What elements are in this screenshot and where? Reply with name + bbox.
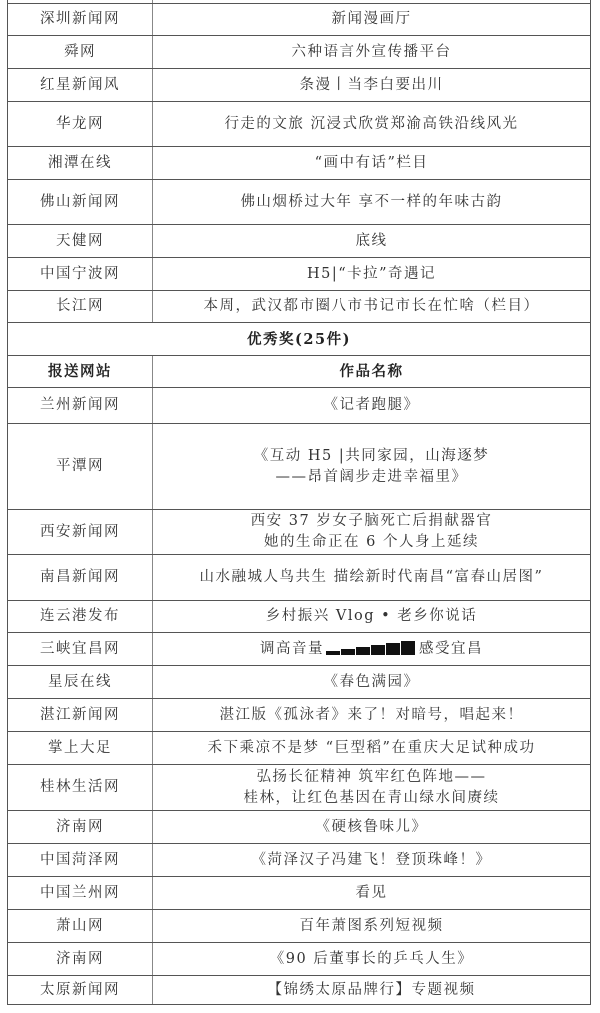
work-title-line: H5|“卡拉”奇遇记 xyxy=(307,264,436,285)
table-row: 南昌新闻网山水融城人鸟共生 描绘新时代南昌“富春山居图” xyxy=(8,554,590,600)
table-row: 湘潭在线“画中有话”栏目 xyxy=(8,146,590,179)
work-title: 【锦绣太原品牌行】专题视频 xyxy=(153,976,590,1004)
table-row: 太原新闻网【锦绣太原品牌行】专题视频 xyxy=(8,975,590,1004)
site-name: 佛山新闻网 xyxy=(8,180,153,224)
site-name: 长江网 xyxy=(8,291,153,322)
work-title: 百年萧图系列短视频 xyxy=(153,910,590,942)
work-title: 《春色满园》 xyxy=(153,666,590,698)
work-title: 调高音量感受宜昌 xyxy=(153,633,590,665)
award-section-row: 优秀奖(25件) xyxy=(8,322,590,355)
work-title-line: 调高音量感受宜昌 xyxy=(260,639,483,660)
table-header-row: 报送网站作品名称 xyxy=(8,355,590,387)
site-name: 中国宁波网 xyxy=(8,258,153,290)
table-row: 华龙网行走的文旅 沉浸式欣赏郑渝高铁沿线风光 xyxy=(8,101,590,146)
site-name: 华龙网 xyxy=(8,102,153,146)
work-title-line: 湛江版《孤泳者》来了！对暗号，唱起来！ xyxy=(220,705,524,726)
column-header-site: 报送网站 xyxy=(8,356,153,387)
site-name: 湛江新闻网 xyxy=(8,699,153,731)
site-name: 平潭网 xyxy=(8,424,153,509)
table-row: 湛江新闻网湛江版《孤泳者》来了！对暗号，唱起来！ xyxy=(8,698,590,731)
work-title-line: 弘扬长征精神 筑牢红色阵地—— xyxy=(256,767,486,788)
table-row: 长江网本周，武汉都市圈八市书记市长在忙啥（栏目） xyxy=(8,290,590,322)
work-title-line: 六种语言外宣传播平台 xyxy=(292,42,452,63)
work-title: 佛山烟桥过大年 享不一样的年味古韵 xyxy=(153,180,590,224)
table-row: 天健网底线 xyxy=(8,224,590,257)
work-title: 《菏泽汉子冯建飞！登顶珠峰！》 xyxy=(153,844,590,876)
work-title-line: 新闻漫画厅 xyxy=(332,9,412,30)
site-name: 三峡宜昌网 xyxy=(8,633,153,665)
site-name: 星辰在线 xyxy=(8,666,153,698)
work-title: 《互动 H5 |共同家园，山海逐梦——昂首阔步走进幸福里》 xyxy=(153,424,590,509)
work-title-line: 《菏泽汉子冯建飞！登顶珠峰！》 xyxy=(252,850,492,871)
site-name: 兰州新闻网 xyxy=(8,388,153,423)
work-title: 新闻漫画厅 xyxy=(153,4,590,35)
site-name: 中国兰州网 xyxy=(8,877,153,909)
work-title-line: 乡村振兴 Vlog • 老乡你说话 xyxy=(266,606,478,627)
table-row: 西安新闻网西安 37 岁女子脑死亡后捐献器官她的生命正在 6 个人身上延续 xyxy=(8,509,590,554)
table-row: 舜网六种语言外宣传播平台 xyxy=(8,35,590,68)
table-row: 中国宁波网H5|“卡拉”奇遇记 xyxy=(8,257,590,290)
volume-bars-icon xyxy=(326,641,415,655)
award-section-title: 优秀奖(25件) xyxy=(8,323,590,355)
title-suffix: 感受宜昌 xyxy=(419,641,483,657)
site-name: 中国菏泽网 xyxy=(8,844,153,876)
site-name: 太原新闻网 xyxy=(8,976,153,1004)
work-title-line: 百年萧图系列短视频 xyxy=(300,916,444,937)
work-title: 本周，武汉都市圈八市书记市长在忙啥（栏目） xyxy=(153,291,590,322)
work-title-line: 《记者跑腿》 xyxy=(324,395,420,416)
table-row: 济南网《硬核鲁味儿》 xyxy=(8,810,590,843)
table-row: 济南网《90 后董事长的乒乓人生》 xyxy=(8,942,590,975)
work-title-line: 《互动 H5 |共同家园，山海逐梦 xyxy=(254,446,489,467)
work-title-line: ——昂首阔步走进幸福里》 xyxy=(276,467,468,488)
work-title-line: 看见 xyxy=(356,883,388,904)
site-name: 西安新闻网 xyxy=(8,510,153,554)
table-row: 平潭网《互动 H5 |共同家园，山海逐梦——昂首阔步走进幸福里》 xyxy=(8,423,590,509)
column-header-title: 作品名称 xyxy=(153,356,590,387)
site-name: 济南网 xyxy=(8,811,153,843)
work-title-line: 《硬核鲁味儿》 xyxy=(316,817,428,838)
site-name: 深圳新闻网 xyxy=(8,4,153,35)
work-title-line: 山水融城人鸟共生 描绘新时代南昌“富春山居图” xyxy=(200,567,544,588)
work-title: 乡村振兴 Vlog • 老乡你说话 xyxy=(153,601,590,632)
work-title: 行走的文旅 沉浸式欣赏郑渝高铁沿线风光 xyxy=(153,102,590,146)
site-name: 萧山网 xyxy=(8,910,153,942)
work-title: 《硬核鲁味儿》 xyxy=(153,811,590,843)
table-row: 中国兰州网看见 xyxy=(8,876,590,909)
awards-table: 深圳新闻网新闻漫画厅舜网六种语言外宣传播平台红星新闻风条漫丨当李白要出川华龙网行… xyxy=(7,0,591,1005)
site-name: 天健网 xyxy=(8,225,153,257)
site-name: 南昌新闻网 xyxy=(8,555,153,600)
table-row: 萧山网百年萧图系列短视频 xyxy=(8,909,590,942)
site-name: 舜网 xyxy=(8,36,153,68)
site-cell xyxy=(8,0,153,3)
table-row: 兰州新闻网《记者跑腿》 xyxy=(8,387,590,423)
work-title: 湛江版《孤泳者》来了！对暗号，唱起来！ xyxy=(153,699,590,731)
work-title: 条漫丨当李白要出川 xyxy=(153,69,590,101)
work-title-line: 她的生命正在 6 个人身上延续 xyxy=(264,532,479,553)
work-title: 《90 后董事长的乒乓人生》 xyxy=(153,943,590,975)
work-title: “画中有话”栏目 xyxy=(153,147,590,179)
work-title-line: 西安 37 岁女子脑死亡后捐献器官 xyxy=(251,511,493,532)
work-title-line: 【锦绣太原品牌行】专题视频 xyxy=(268,980,476,1001)
work-title: 西安 37 岁女子脑死亡后捐献器官她的生命正在 6 个人身上延续 xyxy=(153,510,590,554)
site-name: 掌上大足 xyxy=(8,732,153,764)
site-name: 红星新闻风 xyxy=(8,69,153,101)
table-row-partial xyxy=(8,0,590,3)
table-row: 桂林生活网弘扬长征精神 筑牢红色阵地——桂林，让红色基因在青山绿水间赓续 xyxy=(8,764,590,810)
work-title: 禾下乘凉不是梦 “巨型稻”在重庆大足试种成功 xyxy=(153,732,590,764)
site-name: 济南网 xyxy=(8,943,153,975)
work-title-line: 《春色满园》 xyxy=(324,672,420,693)
title-cell xyxy=(153,0,590,3)
table-row: 佛山新闻网佛山烟桥过大年 享不一样的年味古韵 xyxy=(8,179,590,224)
table-row: 星辰在线《春色满园》 xyxy=(8,665,590,698)
table-row: 红星新闻风条漫丨当李白要出川 xyxy=(8,68,590,101)
work-title-line: “画中有话”栏目 xyxy=(315,153,429,174)
work-title-line: 佛山烟桥过大年 享不一样的年味古韵 xyxy=(240,192,502,213)
title-prefix: 调高音量 xyxy=(260,641,324,657)
work-title-line: 《90 后董事长的乒乓人生》 xyxy=(270,949,474,970)
work-title-line: 桂林，让红色基因在青山绿水间赓续 xyxy=(244,788,500,809)
work-title-line: 行走的文旅 沉浸式欣赏郑渝高铁沿线风光 xyxy=(224,114,518,135)
work-title-line: 本周，武汉都市圈八市书记市长在忙啥（栏目） xyxy=(204,296,540,317)
work-title: 看见 xyxy=(153,877,590,909)
work-title: H5|“卡拉”奇遇记 xyxy=(153,258,590,290)
work-title: 《记者跑腿》 xyxy=(153,388,590,423)
table-row: 掌上大足禾下乘凉不是梦 “巨型稻”在重庆大足试种成功 xyxy=(8,731,590,764)
work-title: 山水融城人鸟共生 描绘新时代南昌“富春山居图” xyxy=(153,555,590,600)
table-row: 三峡宜昌网调高音量感受宜昌 xyxy=(8,632,590,665)
work-title: 六种语言外宣传播平台 xyxy=(153,36,590,68)
work-title-line: 条漫丨当李白要出川 xyxy=(300,75,444,96)
site-name: 湘潭在线 xyxy=(8,147,153,179)
table-row: 深圳新闻网新闻漫画厅 xyxy=(8,3,590,35)
site-name: 连云港发布 xyxy=(8,601,153,632)
work-title-line: 底线 xyxy=(356,231,388,252)
work-title: 底线 xyxy=(153,225,590,257)
table-row: 中国菏泽网《菏泽汉子冯建飞！登顶珠峰！》 xyxy=(8,843,590,876)
table-row: 连云港发布乡村振兴 Vlog • 老乡你说话 xyxy=(8,600,590,632)
site-name: 桂林生活网 xyxy=(8,765,153,810)
work-title: 弘扬长征精神 筑牢红色阵地——桂林，让红色基因在青山绿水间赓续 xyxy=(153,765,590,810)
work-title-line: 禾下乘凉不是梦 “巨型稻”在重庆大足试种成功 xyxy=(208,738,536,759)
